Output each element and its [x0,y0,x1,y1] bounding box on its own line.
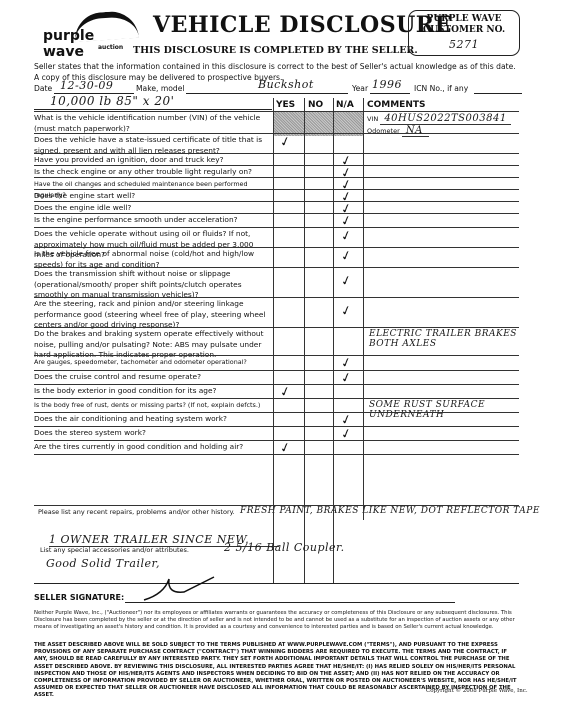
check-mark-icon: ✓ [339,248,353,265]
answer-cell-yes[interactable] [274,413,302,427]
question-text: Does the engine start well? [34,190,270,202]
question-text: Are gauges, speedometer, tachometer and … [34,356,270,368]
header-yes: YES [276,100,295,110]
answer-cell-yes[interactable]: ✓ [274,441,302,455]
answer-cell-na[interactable]: ✓ [335,298,363,328]
header-na: N/A [336,100,354,110]
answer-cell-no[interactable] [305,298,333,328]
answer-cell-no[interactable] [305,228,333,248]
answer-cell-yes[interactable] [274,248,302,268]
question-text: Are the steering, rack and pinion and/or… [34,298,270,331]
answer-cell-no[interactable] [305,328,333,356]
date-field[interactable]: 12-30-09 [54,81,134,94]
question-text: What is the vehicle identification numbe… [34,112,270,134]
accessories-line-2[interactable]: Good Solid Trailer, [46,557,160,570]
date-value: 12-30-09 [60,79,113,92]
comment-cell[interactable]: ELECTRIC TRAILER BRAKES BOTH AXLES [369,329,519,349]
table-row: Does the air conditioning and heating sy… [34,412,519,427]
table-row: What is the vehicle identification numbe… [34,111,519,134]
copyright-text: Copyright © 2008 Purple Wave, Inc. [426,688,528,694]
purple-wave-logo: purple wave auction [40,10,140,52]
question-text: Does the transmission shift without nois… [34,268,270,301]
repairs-line-1[interactable]: FRESH PAINT, BRAKES LIKE NEW, DOT REFLEC… [240,506,540,516]
year-field[interactable]: 1996 [370,81,410,94]
year-value: 1996 [372,78,402,91]
logo-text: purple wave [43,28,140,60]
check-mark-icon: ✓ [278,134,292,151]
date-label: Date [34,84,52,93]
make-field[interactable]: Buckshot [186,81,348,94]
answer-cell-yes [274,112,302,134]
answer-cell-no[interactable] [305,214,333,228]
answer-cell-na[interactable] [335,328,363,356]
intro-line-1: Seller states that the information conta… [34,61,516,72]
accessories-line-1[interactable]: 2 5/16 Ball Coupler. [224,541,345,554]
table-row: Does the vehicle operate without using o… [34,227,519,248]
answer-cell-no[interactable] [305,134,333,154]
signature-divider [34,583,519,584]
answer-cell-no[interactable] [305,399,333,413]
signature-scribble-icon [139,574,219,604]
table-row: Does the stereo system work?✓ [34,426,519,441]
customer-number-box: PURPLE WAVE CUSTOMER NO. 5271 [408,10,520,56]
page-subtitle: THIS DISCLOSURE IS COMPLETED BY THE SELL… [133,45,418,56]
question-text: Is the body free of rust, dents or missi… [34,399,270,411]
table-row: Is the body free of rust, dents or missi… [34,398,519,413]
header-comments: COMMENTS [367,100,425,110]
repairs-section: Please list any recent repairs, problems… [34,505,519,506]
answer-cell-na[interactable]: ✓ [335,214,363,228]
table-row: Does the vehicle have a state-issued cer… [34,133,519,154]
question-text: Have you provided an ignition, door and … [34,154,270,166]
answer-cell-na[interactable]: ✓ [335,371,363,385]
check-mark-icon: ✓ [339,303,353,320]
answer-cell-no[interactable] [305,441,333,455]
check-mark-icon: ✓ [339,273,353,290]
question-text: Does the cruise control and resume opera… [34,371,270,383]
table-row: Is the vehicle free of abnormal noise (c… [34,247,519,268]
customer-box-label-2: CUSTOMER NO. [409,25,519,36]
answer-cell-no[interactable] [305,268,333,298]
header-no: NO [308,100,323,110]
disclosure-table: YES NO N/A COMMENTS VIN 40HUS2022TS00384… [34,98,519,508]
question-text: Is the check engine or any other trouble… [34,166,270,178]
answer-cell-na[interactable] [335,134,363,154]
vehicle-info-line: Date 12-30-09 Make, model Buckshot Year … [34,81,524,95]
table-row: Are the tires currently in good conditio… [34,440,519,455]
answer-cell-yes[interactable]: ✓ [274,385,302,399]
answer-cell-na[interactable] [335,441,363,455]
table-row: Do the brakes and braking system operate… [34,327,519,356]
answer-cell-no [305,112,333,134]
repairs-label: Please list any recent repairs, problems… [38,508,235,516]
make-label: Make, model [136,84,184,93]
customer-number-value[interactable]: 5271 [409,38,519,51]
question-text: Does the engine idle well? [34,202,270,214]
answer-cell-yes[interactable] [274,298,302,328]
answer-cell-na[interactable]: ✓ [335,268,363,298]
table-bottom-border [34,454,519,455]
answer-cell-yes[interactable] [274,328,302,356]
answer-cell-na[interactable]: ✓ [335,248,363,268]
answer-cell-no[interactable] [305,248,333,268]
answer-cell-yes[interactable] [274,228,302,248]
answer-cell-no[interactable] [305,371,333,385]
question-text: Are the tires currently in good conditio… [34,441,270,453]
answer-cell-na[interactable] [335,385,363,399]
question-text: Does the stereo system work? [34,427,270,439]
year-label: Year [352,84,368,93]
table-row: Is the engine performance smooth under a… [34,213,519,228]
table-row: Are the steering, rack and pinion and/or… [34,297,519,328]
answer-cell-yes[interactable] [274,399,302,413]
signature-label: SELLER SIGNATURE: [34,593,124,602]
answer-cell-na[interactable]: ✓ [335,228,363,248]
answer-cell-yes[interactable]: ✓ [274,134,302,154]
answer-cell-no[interactable] [305,427,333,441]
answer-cell-no[interactable] [305,385,333,399]
answer-cell-no[interactable] [305,356,333,371]
signature-field[interactable] [125,600,455,603]
answer-cell-no[interactable] [305,413,333,427]
check-mark-icon: ✓ [339,228,353,245]
customer-box-label-1: PURPLE WAVE [409,14,519,25]
make-value: Buckshot [258,78,314,91]
accessories-label: List any special accessories and/or attr… [40,546,189,554]
answer-cell-yes[interactable] [274,356,302,371]
answer-cell-na[interactable]: ✓ [335,427,363,441]
answer-cell-na [335,112,363,134]
answer-cell-yes[interactable] [274,214,302,228]
logo-subtext: auction [98,44,123,51]
answer-cell-yes[interactable] [274,268,302,298]
table-row: Does the transmission shift without nois… [34,267,519,298]
icn-label: ICN No., if any [414,84,468,93]
question-text: Does the air conditioning and heating sy… [34,413,270,425]
question-text: Is the body exterior in good condition f… [34,385,270,397]
table-row: Is the body exterior in good condition f… [34,384,519,399]
disclaimer-text: Neither Purple Wave, Inc., ("Auctioneer"… [34,610,519,631]
answer-cell-na[interactable]: ✓ [335,356,363,371]
question-text: Is the engine performance smooth under a… [34,214,270,226]
table-row: Does the cruise control and resume opera… [34,370,519,385]
icn-field[interactable] [474,81,522,94]
table-row: Are gauges, speedometer, tachometer and … [34,355,519,371]
